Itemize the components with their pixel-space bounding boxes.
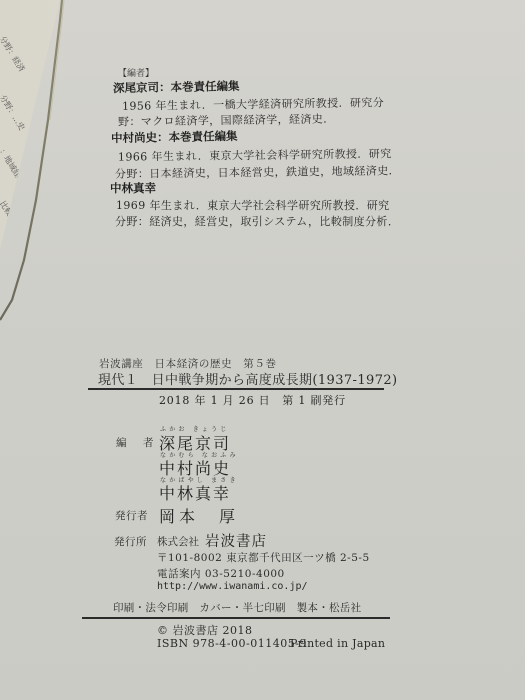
printed-in: Printed in Japan xyxy=(290,637,385,650)
editors-label: 編 者 xyxy=(116,435,157,450)
company-name: 岩波書店 xyxy=(205,530,267,551)
author-bio: 分野：経済史，経営史，取引システム，比較制度分析． xyxy=(115,213,399,229)
website-url: http://www.iwanami.co.jp/ xyxy=(157,581,308,592)
copyright: © 岩波書店 2018 xyxy=(157,622,253,638)
author-bio: 野：マクロ経済学，国際経済学，経済史． xyxy=(118,110,335,129)
author-bio: 1966 年生まれ．東京大学社会科学研究所教授．研究 xyxy=(118,145,392,164)
bottom-rule xyxy=(82,617,390,619)
author-heading: 深尾京司：本巻責任編集 xyxy=(113,78,240,96)
editors-section-label: 【編者】 xyxy=(118,66,154,79)
issue-date: 2018 年 1 月 26 日 第 1 刷発行 xyxy=(159,392,346,408)
author-heading: 中村尚史：本巻責任編集 xyxy=(111,128,238,146)
author-bio: 1969 年生まれ．東京大学社会科学研究所教授．研究 xyxy=(116,197,390,213)
publisher-person-label: 発行者 xyxy=(115,508,148,523)
phone: 電話案内 03-5210-4000 xyxy=(157,566,285,581)
printers-credit: 印刷・法令印刷 カバー・半七印刷 製本・松岳社 xyxy=(113,600,361,615)
address: 〒101-8002 東京都千代田区一ツ橋 2-5-5 xyxy=(157,550,370,565)
editor-name: 中林真幸 xyxy=(159,481,231,504)
author-heading: 中林真幸 xyxy=(110,180,156,196)
isbn: ISBN 978-4-00-011405-9 xyxy=(157,637,307,650)
top-rule xyxy=(88,388,384,390)
publisher-person: 岡本 厚 xyxy=(159,504,239,527)
publisher-label: 発行所 xyxy=(114,534,147,549)
volume-title: 現代１ 日中戦争期から高度成長期(1937‐1972) xyxy=(98,369,398,388)
company-prefix: 株式会社 xyxy=(157,534,199,549)
